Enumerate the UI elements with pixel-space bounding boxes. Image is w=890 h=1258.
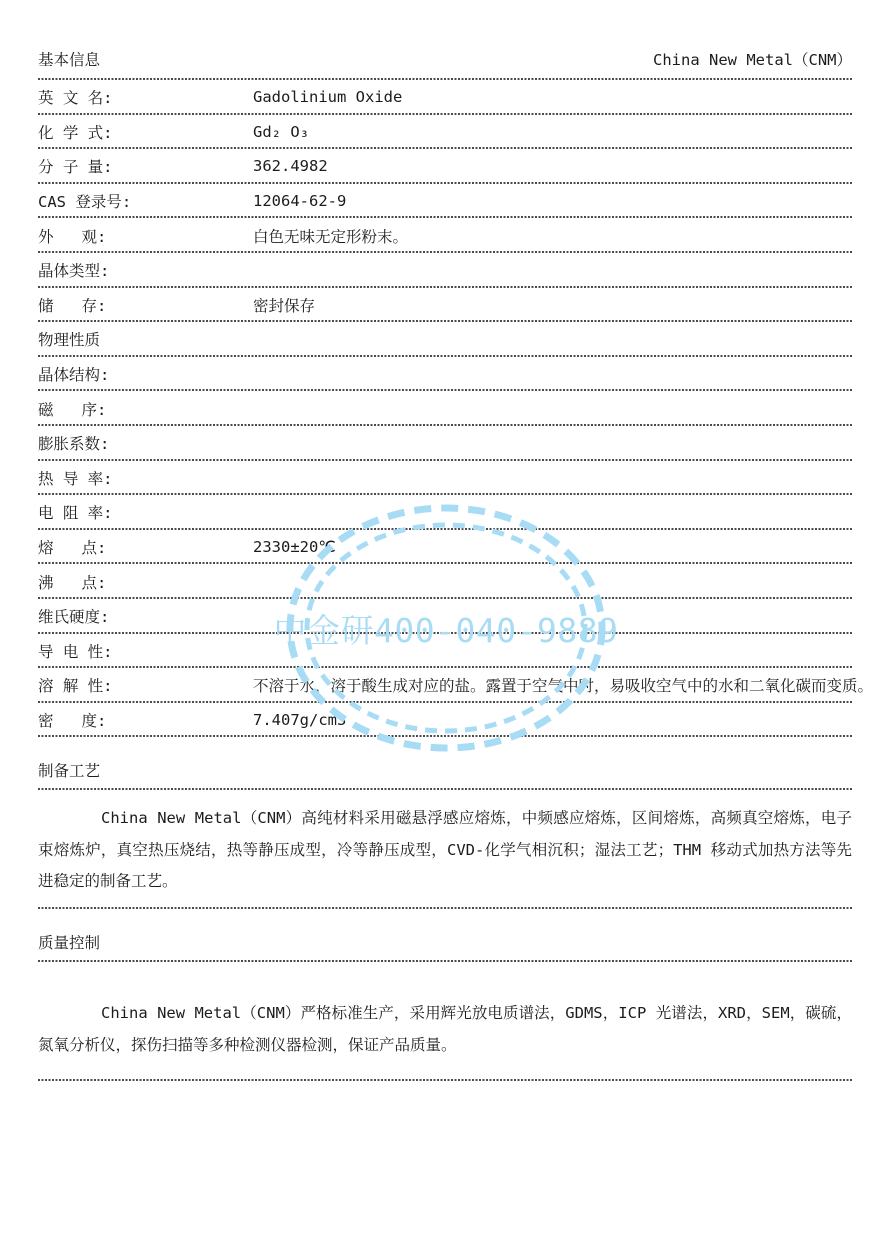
storage-label: 储 存: [38,294,253,316]
vickers-hardness-row: 维氏硬度: [38,599,852,634]
document-header: 基本信息 China New Metal（CNM） [38,48,852,80]
magnetic-order-row: 磁 序: [38,391,852,426]
cas-number-label: CAS 登录号: [38,190,253,212]
section-preparation-process: 制备工艺 [38,759,100,781]
melting-point-value: 2330±20℃ [253,538,852,556]
magnetic-order-label: 磁 序: [38,398,253,420]
molecular-weight-row: 分 子 量:362.4982 [38,149,852,184]
solubility-value: 不溶于水，溶于酸生成对应的盐。露置于空气中时，易吸收空气中的水和二氧化碳而变质。 [253,674,873,696]
thermal-conductivity-label: 热 导 率: [38,467,253,489]
document-content: 基本信息 China New Metal（CNM） 英 文 名:Gadolini… [38,48,852,1081]
appearance-row: 外 观:白色无味无定形粉末。 [38,218,852,253]
crystal-type-label: 晶体类型: [38,259,253,281]
section-physical-properties-row: 物理性质 [38,322,852,357]
document-page: 基本信息 China New Metal（CNM） 英 文 名:Gadolini… [0,0,890,1258]
thermal-conductivity-row: 热 导 率: [38,461,852,496]
boiling-point-row: 沸 点: [38,564,852,599]
quality-paragraph-row: China New Metal（CNM）严格标准生产，采用辉光放电质谱法，GDM… [38,962,852,1081]
page-title: 基本信息 [38,48,100,70]
preparation-paragraph: China New Metal（CNM）高纯材料采用磁悬浮感应熔炼，中频感应熔炼… [38,803,852,898]
crystal-structure-label: 晶体结构: [38,363,253,385]
english-name-row: 英 文 名:Gadolinium Oxide [38,80,852,115]
crystal-structure-row: 晶体结构: [38,357,852,392]
density-value: 7.407g/cm3 [253,711,852,729]
solubility-row: 溶 解 性:不溶于水，溶于酸生成对应的盐。露置于空气中时，易吸收空气中的水和二氧… [38,668,852,703]
molecular-weight-label: 分 子 量: [38,155,253,177]
expansion-coefficient-row: 膨胀系数: [38,426,852,461]
melting-point-row: 熔 点:2330±20℃ [38,530,852,565]
crystal-type-row: 晶体类型: [38,253,852,288]
section-quality-control: 质量控制 [38,931,100,953]
electrical-conductivity-row: 导 电 性: [38,634,852,669]
vickers-hardness-label: 维氏硬度: [38,605,253,627]
chemical-formula-value: Gd₂ O₃ [253,123,852,141]
resistivity-row: 电 阻 率: [38,495,852,530]
density-label: 密 度: [38,709,253,731]
company-name: China New Metal（CNM） [653,48,852,70]
boiling-point-label: 沸 点: [38,571,253,593]
section-quality-control-row: 质量控制 [38,909,852,962]
cas-number-value: 12064-62-9 [253,192,852,210]
appearance-label: 外 观: [38,225,253,247]
density-row: 密 度:7.407g/cm3 [38,703,852,738]
english-name-value: Gadolinium Oxide [253,88,852,106]
electrical-conductivity-label: 导 电 性: [38,640,253,662]
quality-paragraph: China New Metal（CNM）严格标准生产，采用辉光放电质谱法，GDM… [38,998,852,1061]
expansion-coefficient-label: 膨胀系数: [38,432,253,454]
section-preparation-process-row: 制备工艺 [38,737,852,790]
resistivity-label: 电 阻 率: [38,501,253,523]
solubility-label: 溶 解 性: [38,674,253,696]
section-physical-properties: 物理性质 [38,328,100,350]
chemical-formula-label: 化 学 式: [38,121,253,143]
chemical-formula-row: 化 学 式:Gd₂ O₃ [38,115,852,150]
melting-point-label: 熔 点: [38,536,253,558]
properties-table: 英 文 名:Gadolinium Oxide化 学 式:Gd₂ O₃分 子 量:… [38,80,852,1081]
preparation-paragraph-row: China New Metal（CNM）高纯材料采用磁悬浮感应熔炼，中频感应熔炼… [38,790,852,909]
molecular-weight-value: 362.4982 [253,157,852,175]
cas-number-row: CAS 登录号:12064-62-9 [38,184,852,219]
storage-row: 储 存:密封保存 [38,288,852,323]
storage-value: 密封保存 [253,294,852,316]
english-name-label: 英 文 名: [38,86,253,108]
appearance-value: 白色无味无定形粉末。 [253,225,852,247]
